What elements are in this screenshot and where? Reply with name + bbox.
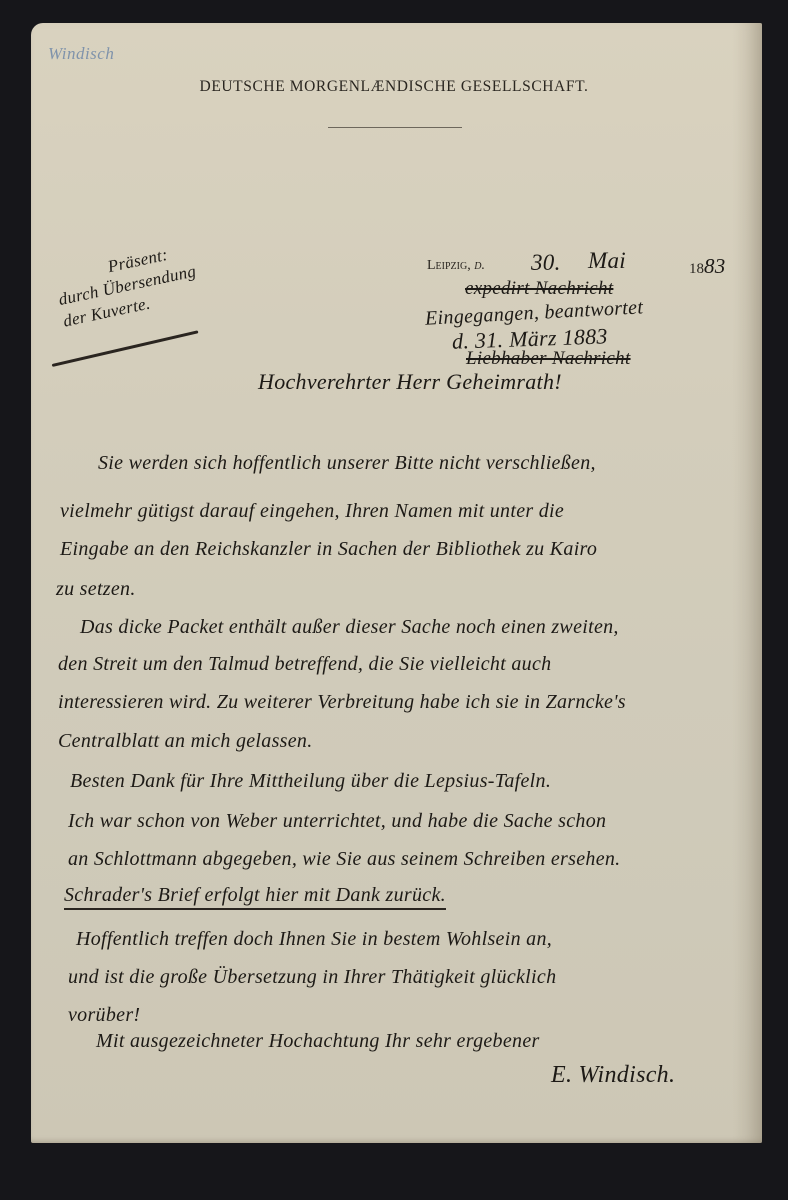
closing: Mit ausgezeichneter Hochachtung Ihr sehr… <box>96 1030 540 1053</box>
letterhead-title: DEUTSCHE MORGENLÆNDISCHE GESELLSCHAFT. <box>0 78 788 96</box>
body-line: vielmehr gütigst darauf eingehen, Ihren … <box>60 500 564 523</box>
year-handwritten: 83 <box>704 254 726 278</box>
body-line: Eingabe an den Reichskanzler in Sachen d… <box>60 538 597 561</box>
body-line: den Streit um den Talmud betreffend, die… <box>58 653 551 676</box>
dateline-place: Leipzig, d. <box>427 258 485 274</box>
body-line: an Schlottmann abgegeben, wie Sie aus se… <box>68 848 620 871</box>
body-line: interessieren wird. Zu weiterer Verbreit… <box>58 691 626 714</box>
body-line: Besten Dank für Ihre Mittheilung über di… <box>70 770 551 793</box>
receipt-line-1: expedirt Nachricht <box>465 278 613 300</box>
body-line: vorüber! <box>68 1004 140 1027</box>
place-d: d. <box>474 258 485 273</box>
body-line: zu setzen. <box>56 578 136 601</box>
body-line-underlined: Schrader's Brief erfolgt hier mit Dank z… <box>64 884 446 907</box>
signature: E. Windisch. <box>551 1062 675 1089</box>
body-line: Centralblatt an mich gelassen. <box>58 730 313 753</box>
body-line: Sie werden sich hoffentlich unserer Bitt… <box>98 452 596 475</box>
body-line: Das dicke Packet enthält außer dieser Sa… <box>80 616 619 639</box>
place-name: Leipzig, <box>427 258 474 273</box>
underlined-text: Schrader's Brief erfolgt hier mit Dank z… <box>64 884 446 910</box>
receipt-line-4: Liebhaber Nachricht <box>466 348 631 370</box>
body-line: und ist die große Übersetzung in Ihrer T… <box>68 966 556 989</box>
salutation: Hochverehrter Herr Geheimrath! <box>258 369 562 395</box>
date-day: 30. <box>531 250 561 276</box>
date-month: Mai <box>588 248 626 274</box>
letterhead-rule <box>328 127 462 128</box>
year-printed: 18 <box>689 261 704 277</box>
pencil-annotation: Windisch <box>48 44 114 64</box>
body-line: Hoffentlich treffen doch Ihnen Sie in be… <box>76 928 552 951</box>
date-year: 1883 <box>689 254 726 279</box>
body-line: Ich war schon von Weber unterrichtet, un… <box>68 810 606 833</box>
